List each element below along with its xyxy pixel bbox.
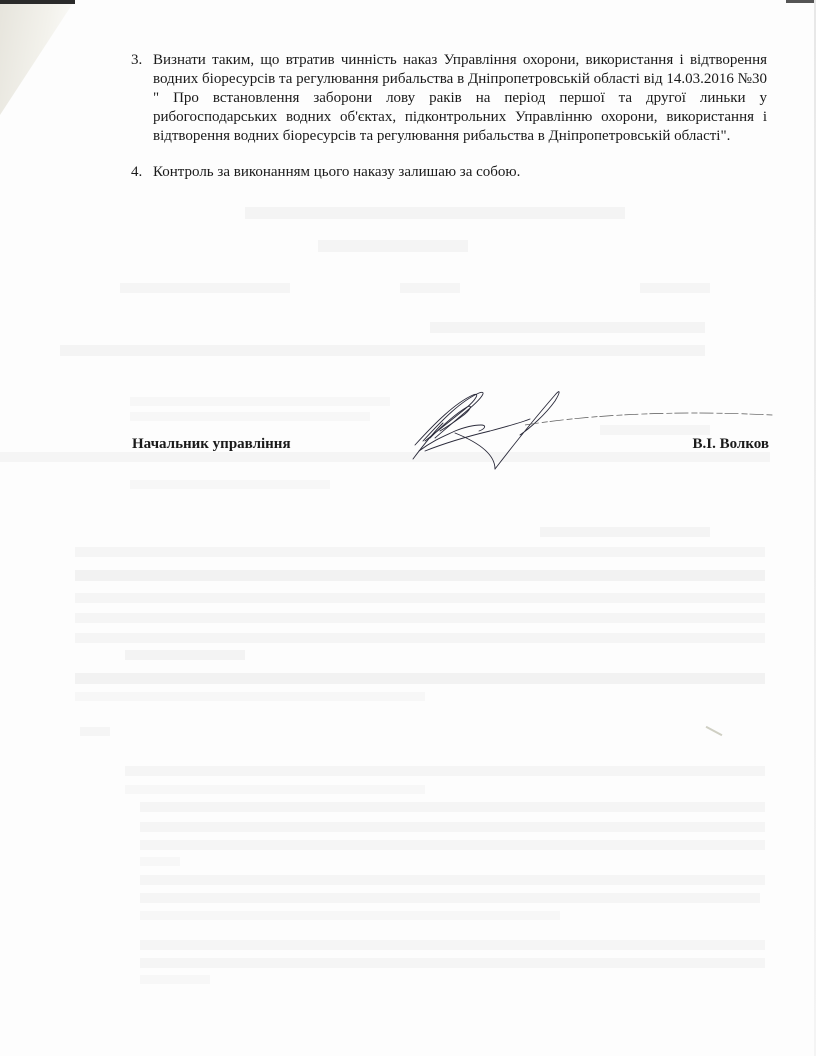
item-number: 4. (131, 163, 153, 182)
position-title: Начальник управління (132, 436, 291, 453)
document-page: 3. Визнати таким, що втратив чинність на… (0, 0, 816, 1056)
item-number: 3. (131, 51, 153, 146)
order-items-list: 3. Визнати таким, що втратив чинність на… (131, 51, 767, 199)
order-item-3: 3. Визнати таким, що втратив чинність на… (131, 51, 767, 146)
item-text: Контроль за виконанням цього наказу зали… (153, 163, 767, 182)
item-text: Визнати таким, що втратив чинність наказ… (153, 51, 767, 146)
order-item-4: 4. Контроль за виконанням цього наказу з… (131, 163, 767, 182)
scan-mark (706, 726, 723, 736)
handwritten-signature (395, 383, 775, 473)
folded-corner (0, 0, 75, 115)
scan-edge-shadow-right (786, 0, 816, 3)
scan-edge-shadow (0, 0, 75, 4)
